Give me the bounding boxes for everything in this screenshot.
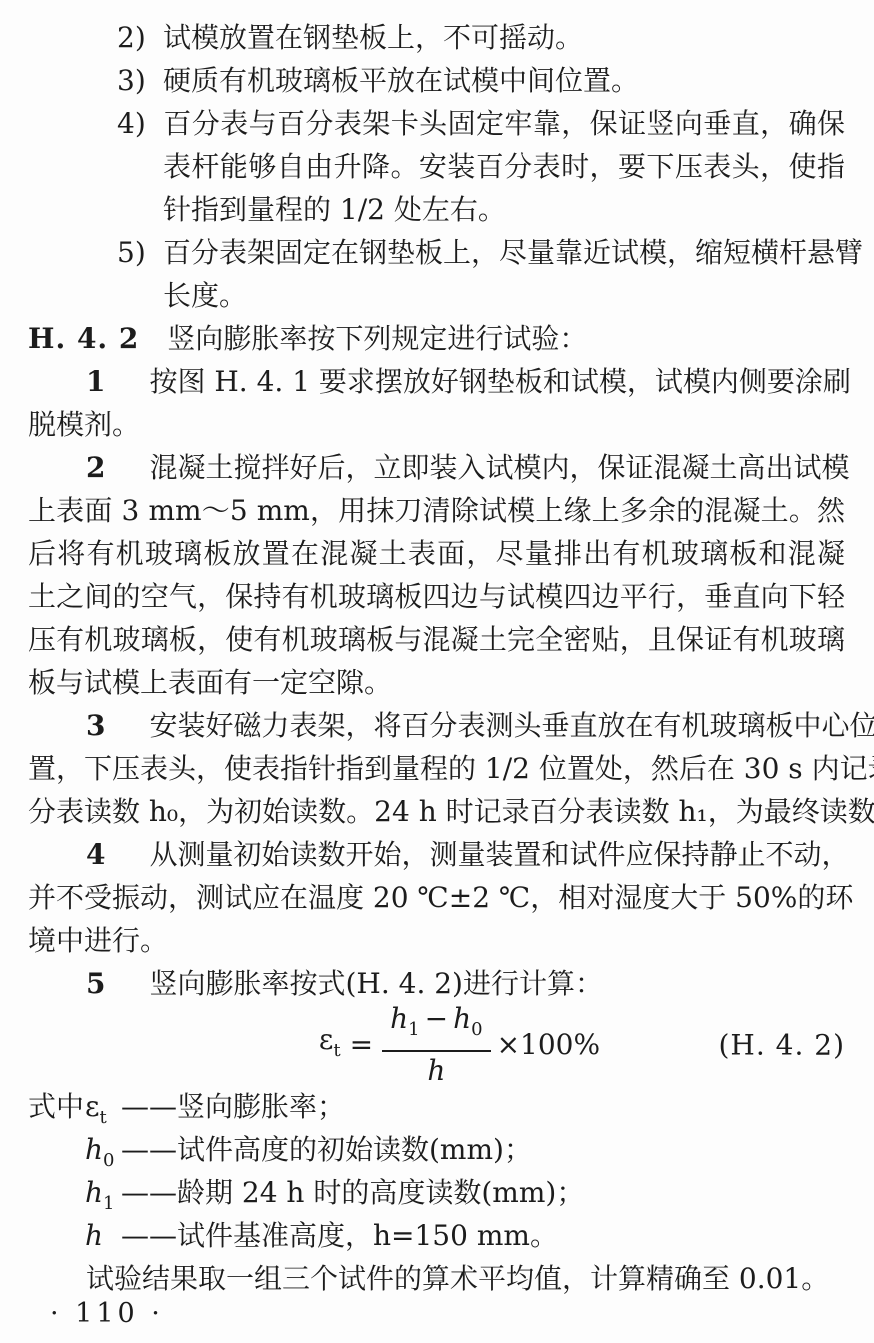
list-marker: 5) [117, 231, 163, 274]
step-line: 上表面 3 mm～5 mm，用抹刀清除试模上缘上多余的混凝土。然 [28, 489, 845, 532]
fraction-denominator: h [427, 1052, 445, 1088]
symbol-subscript: t [100, 1107, 107, 1128]
epsilon-symbol: εt [319, 1023, 341, 1068]
h0-subscript: 0 [471, 1019, 482, 1040]
symbol-base: h [85, 1176, 103, 1209]
step-line: 压有机玻璃板，使有机玻璃板与混凝土完全密贴，且保证有机玻璃 [28, 618, 845, 661]
document-page: 2)试模放置在钢垫板上，不可摇动。 3)硬质有机玻璃板平放在试模中间位置。 4)… [0, 0, 874, 1343]
epsilon-subscript: t [333, 1040, 340, 1061]
where-symbol: h0 [85, 1128, 121, 1171]
times-factor: ×100% [497, 1028, 601, 1062]
list-item-line: 针指到量程的 1/2 处左右。 [117, 188, 845, 231]
section-heading: H. 4. 2竖向膨胀率按下列规定进行试验： [28, 317, 845, 360]
symbol-subscript: 1 [103, 1193, 114, 1214]
symbol-subscript: 0 [103, 1150, 114, 1171]
list-item-text: 硬质有机玻璃板平放在试模中间位置。 [163, 64, 639, 97]
step-line: 脱模剂。 [28, 403, 845, 446]
list-item-text: 试模放置在钢垫板上，不可摇动。 [163, 21, 583, 54]
step-number: 3 [86, 709, 105, 742]
list-marker: 3) [117, 59, 163, 102]
step-paragraph: 4从测量初始读数开始，测量装置和试件应保持静止不动， 并不受振动，测试应在温度 … [28, 833, 845, 962]
step-number: 5 [86, 967, 105, 1000]
step-line: 土之间的空气，保持有机玻璃板四边与试模四边平行，垂直向下轻 [28, 575, 845, 618]
where-desc: ——竖向膨胀率； [121, 1085, 345, 1128]
h0-base: h [453, 1002, 471, 1035]
symbol-base: h [85, 1219, 103, 1252]
section-number: H. 4. 2 [28, 322, 139, 355]
step-number: 2 [86, 451, 105, 484]
where-desc: ——试件基准高度，h=150 mm。 [121, 1214, 558, 1257]
numbered-sublist: 2)试模放置在钢垫板上，不可摇动。 3)硬质有机玻璃板平放在试模中间位置。 4)… [117, 16, 845, 317]
list-marker: 2) [117, 16, 163, 59]
formula-equation: εt = h1−h0 h ×100% [319, 1002, 600, 1088]
step-line: 后将有机玻璃板放置在混凝土表面，尽量排出有机玻璃板和混凝 [28, 532, 845, 575]
where-symbol: h1 [85, 1171, 121, 1214]
where-row: h1 ——龄期 24 h 时的高度读数(mm)； [28, 1171, 845, 1214]
epsilon-base: ε [319, 1023, 334, 1056]
where-label-spacer [28, 1214, 85, 1257]
step-paragraph: 1按图 H. 4. 1 要求摆放好钢垫板和试模，试模内侧要涂刷 脱模剂。 [28, 360, 845, 446]
step-line: 板与试模上表面有一定空隙。 [28, 661, 845, 704]
list-item: 5)百分表架固定在钢垫板上，尽量靠近试模，缩短横杆悬臂 [117, 231, 845, 274]
step-line: 分表读数 h₀，为初始读数。24 h 时记录百分表读数 h₁，为最终读数。 [28, 790, 845, 833]
list-item-text: 百分表架固定在钢垫板上，尽量靠近试模，缩短横杆悬臂 [163, 236, 863, 269]
list-item-text: 百分表与百分表架卡头固定牢靠，保证竖向垂直，确保 [163, 107, 845, 140]
step-number: 4 [86, 838, 105, 871]
step-line: 并不受振动，测试应在温度 20 ℃±2 ℃，相对湿度大于 50%的环 [28, 876, 845, 919]
where-label-spacer [28, 1128, 85, 1171]
formula-block: εt = h1−h0 h ×100% (H. 4. 2) [28, 1005, 845, 1085]
where-row: 式中 εt ——竖向膨胀率； [28, 1085, 845, 1128]
h1-base: h [390, 1002, 408, 1035]
step-line: 3安装好磁力表架，将百分表测头垂直放在有机玻璃板中心位 [28, 704, 845, 747]
h1-subscript: 1 [408, 1019, 419, 1040]
where-intro: 式中 [28, 1085, 85, 1128]
step-paragraph: 5竖向膨胀率按式(H. 4. 2)进行计算： [28, 962, 845, 1005]
step-text: 从测量初始读数开始，测量装置和试件应保持静止不动， [149, 838, 849, 871]
list-item: 3)硬质有机玻璃板平放在试模中间位置。 [117, 59, 845, 102]
fraction-numerator: h1−h0 [382, 1002, 490, 1052]
step-text: 混凝土搅拌好后，立即装入试模内，保证混凝土高出试模 [149, 451, 849, 484]
step-line: 置，下压表头，使表指针指到量程的 1/2 位置处，然后在 30 s 内记录百 [28, 747, 845, 790]
step-paragraph: 3安装好磁力表架，将百分表测头垂直放在有机玻璃板中心位 置，下压表头，使表指针指… [28, 704, 845, 833]
equals-sign: = [341, 1028, 382, 1062]
step-text: 竖向膨胀率按式(H. 4. 2)进行计算： [149, 967, 603, 1000]
where-desc: ——龄期 24 h 时的高度读数(mm)； [121, 1171, 584, 1214]
step-line: 境中进行。 [28, 919, 845, 962]
where-symbol: h [85, 1214, 121, 1257]
list-item-line: 长度。 [117, 274, 845, 317]
symbol-base: h [85, 1133, 103, 1166]
step-text: 安装好磁力表架，将百分表测头垂直放在有机玻璃板中心位 [149, 709, 874, 742]
where-section: 式中 εt ——竖向膨胀率； h0 ——试件高度的初始读数(mm)； h1 ——… [28, 1085, 845, 1257]
symbol-base: ε [85, 1090, 100, 1123]
fraction: h1−h0 h [382, 1002, 490, 1088]
list-item: 2)试模放置在钢垫板上，不可摇动。 [117, 16, 845, 59]
page-number: · 110 · [50, 1292, 164, 1335]
step-paragraph: 2混凝土搅拌好后，立即装入试模内，保证混凝土高出试模 上表面 3 mm～5 mm… [28, 446, 845, 704]
list-marker: 4) [117, 102, 163, 145]
step-line: 4从测量初始读数开始，测量装置和试件应保持静止不动， [28, 833, 845, 876]
section-title: 竖向膨胀率按下列规定进行试验： [167, 322, 587, 355]
step-line: 2混凝土搅拌好后，立即装入试模内，保证混凝土高出试模 [28, 446, 845, 489]
step-line: 5竖向膨胀率按式(H. 4. 2)进行计算： [28, 962, 845, 1005]
where-symbol: εt [85, 1085, 121, 1128]
formula-number-label: (H. 4. 2) [719, 1024, 846, 1067]
step-text: 按图 H. 4. 1 要求摆放好钢垫板和试模，试模内侧要涂刷 [149, 365, 850, 398]
step-number: 1 [86, 365, 105, 398]
where-desc: ——试件高度的初始读数(mm)； [121, 1128, 532, 1171]
minus-sign: − [420, 1002, 453, 1035]
list-item-line: 表杆能够自由升降。安装百分表时，要下压表头，使指 [117, 145, 845, 188]
where-row: h ——试件基准高度，h=150 mm。 [28, 1214, 845, 1257]
where-label-spacer [28, 1171, 85, 1214]
where-row: h0 ——试件高度的初始读数(mm)； [28, 1128, 845, 1171]
step-line: 1按图 H. 4. 1 要求摆放好钢垫板和试模，试模内侧要涂刷 [28, 360, 845, 403]
list-item: 4)百分表与百分表架卡头固定牢靠，保证竖向垂直，确保 [117, 102, 845, 145]
